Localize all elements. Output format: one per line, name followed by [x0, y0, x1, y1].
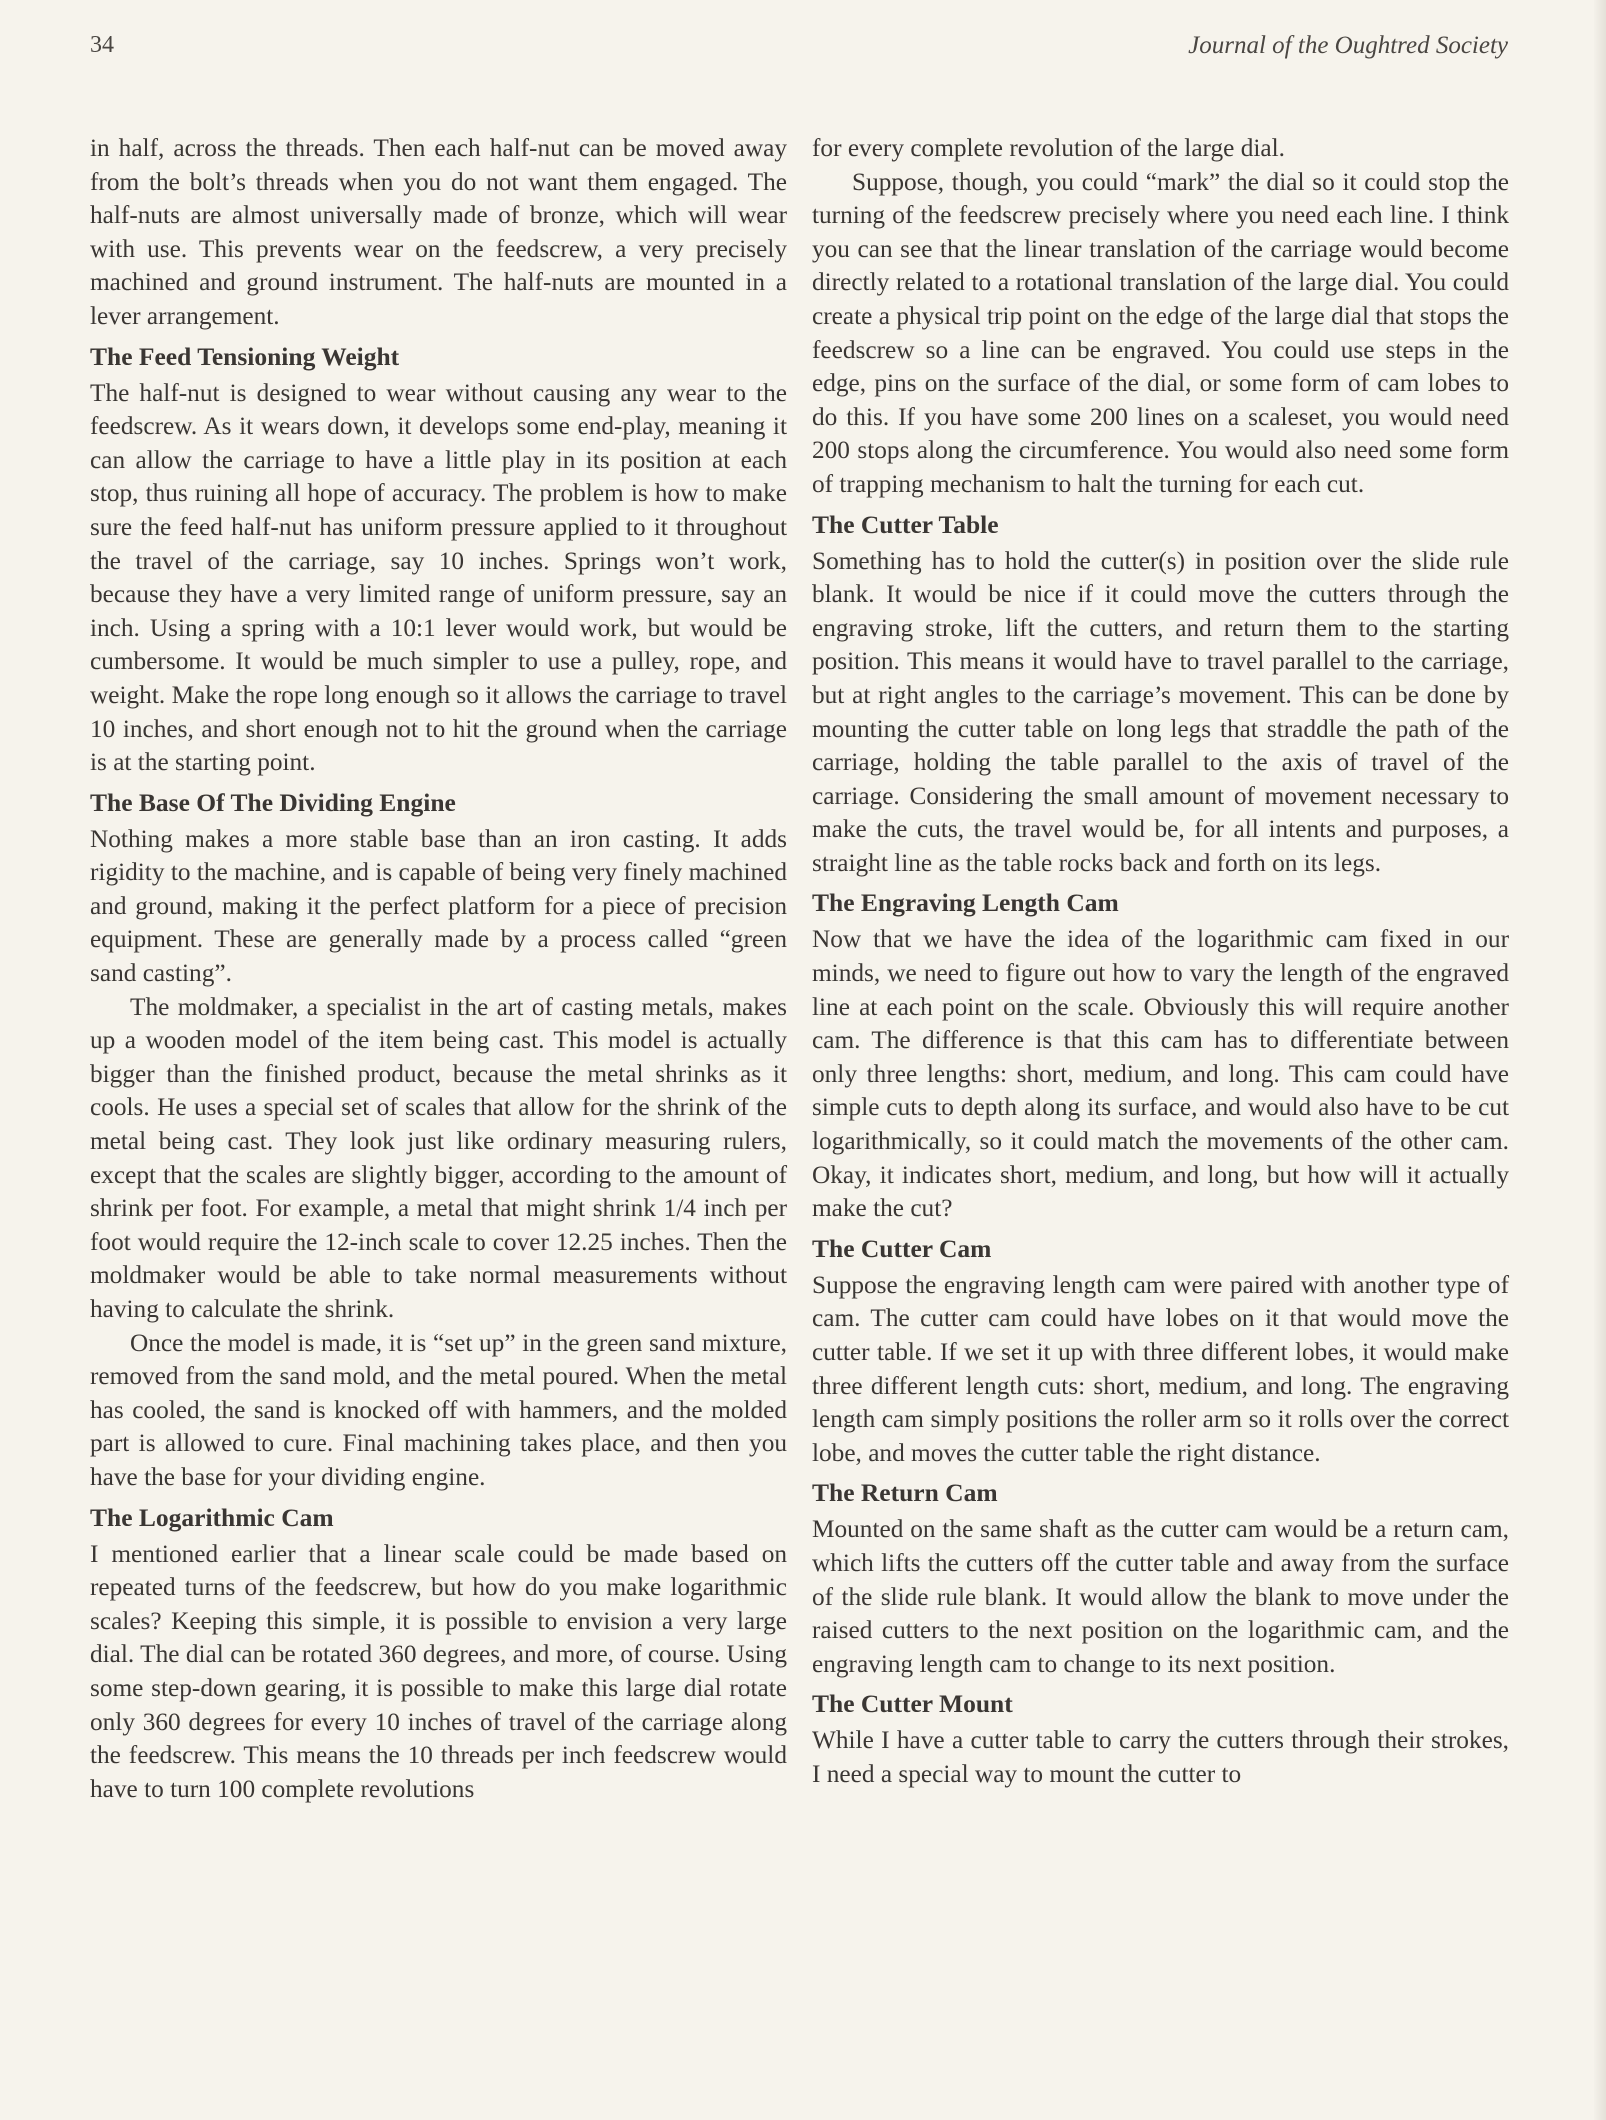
paragraph: The half-nut is designed to wear without…	[90, 377, 787, 780]
section-heading-cutter-cam: The Cutter Cam	[812, 1233, 1509, 1265]
section-heading-feed-tensioning-weight: The Feed Tensioning Weight	[90, 341, 787, 373]
paragraph: Something has to hold the cutter(s) in p…	[812, 545, 1509, 881]
running-header: 34 Journal of the Oughtred Society	[90, 32, 1508, 72]
journal-title: Journal of the Oughtred Society	[1188, 32, 1508, 60]
paragraph: Now that we have the idea of the logarit…	[812, 923, 1509, 1225]
paragraph: Once the model is made, it is “set up” i…	[90, 1327, 787, 1495]
paragraph: I mentioned earlier that a linear scale …	[90, 1538, 787, 1807]
section-heading-engraving-length-cam: The Engraving Length Cam	[812, 887, 1509, 919]
page-number: 34	[90, 32, 114, 59]
right-column: for every complete revolution of the lar…	[812, 132, 1509, 1792]
paragraph: Suppose the engraving length cam were pa…	[812, 1269, 1509, 1471]
section-heading-cutter-mount: The Cutter Mount	[812, 1688, 1509, 1720]
left-column: in half, across the threads. Then each h…	[90, 132, 787, 1806]
section-heading-return-cam: The Return Cam	[812, 1477, 1509, 1509]
paragraph: in half, across the threads. Then each h…	[90, 132, 787, 334]
paragraph: The moldmaker, a specialist in the art o…	[90, 991, 787, 1327]
paragraph: Mounted on the same shaft as the cutter …	[812, 1513, 1509, 1681]
section-heading-logarithmic-cam: The Logarithmic Cam	[90, 1502, 787, 1534]
paragraph: for every complete revolution of the lar…	[812, 132, 1509, 166]
page-edge-shadow	[1594, 0, 1606, 2120]
paragraph: Nothing makes a more stable base than an…	[90, 823, 787, 991]
section-heading-base-of-dividing-engine: The Base Of The Dividing Engine	[90, 787, 787, 819]
paragraph: Suppose, though, you could “mark” the di…	[812, 166, 1509, 502]
paragraph: While I have a cutter table to carry the…	[812, 1724, 1509, 1791]
section-heading-cutter-table: The Cutter Table	[812, 509, 1509, 541]
